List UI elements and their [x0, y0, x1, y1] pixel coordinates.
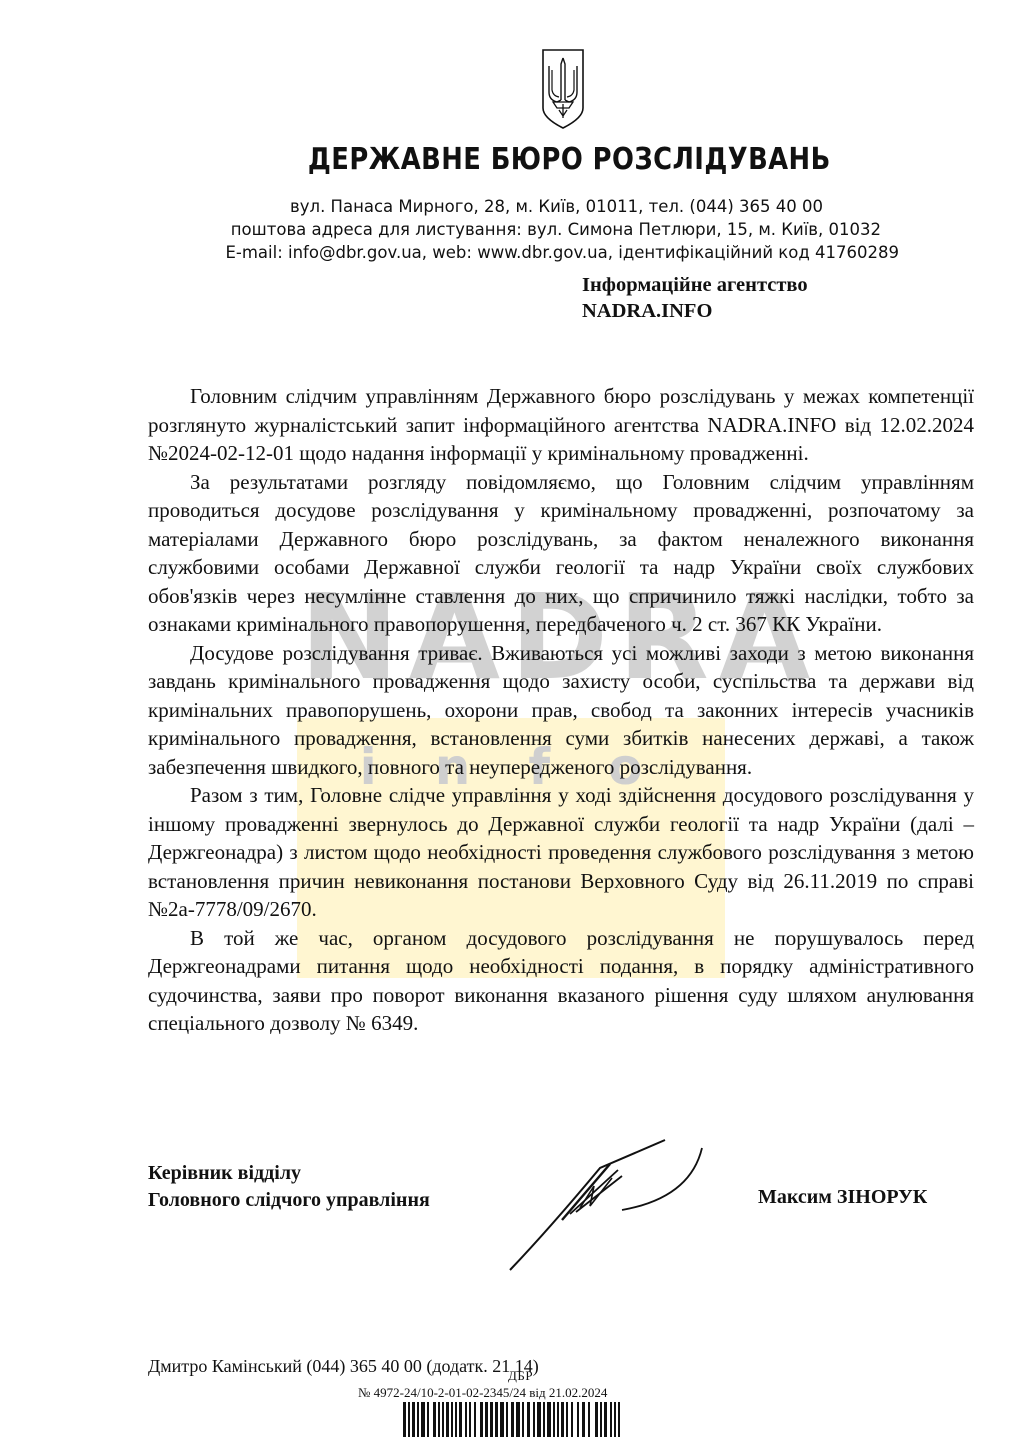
paragraph: В той же час, органом досудового розслід…	[148, 924, 974, 1038]
ukraine-emblem-icon	[541, 48, 585, 130]
executor-contact: Дмитро Камінський (044) 365 40 00 (додат…	[148, 1356, 539, 1377]
postal-address-line: поштова адреса для листування: вул. Симо…	[231, 220, 881, 239]
recipient-block: Інформаційне агентство NADRA.INFO	[582, 272, 808, 324]
position-line: Керівник відділу	[148, 1160, 430, 1187]
registration-stamp-label: ДБР	[508, 1368, 533, 1384]
paragraph: Досудове розслідування триває. Вживаютьс…	[148, 639, 974, 782]
paragraph: Разом з тим, Головне слідче управління у…	[148, 781, 974, 924]
paragraph: За результатами розгляду повідомляємо, щ…	[148, 468, 974, 639]
letter-body: Головним слідчим управлінням Державного …	[148, 382, 974, 1038]
recipient-line: Інформаційне агентство	[582, 272, 808, 298]
address-line: вул. Панаса Мирного, 28, м. Київ, 01011,…	[290, 197, 823, 216]
registration-number: № 4972-24/10-2-01-02-2345/24 від 21.02.2…	[358, 1385, 607, 1401]
recipient-name: NADRA.INFO	[582, 298, 808, 324]
paragraph: Головним слідчим управлінням Державного …	[148, 382, 974, 468]
position-line: Головного слідчого управління	[148, 1187, 430, 1214]
signatory-name: Максим ЗІНОРУК	[758, 1186, 927, 1209]
barcode	[403, 1402, 620, 1437]
organization-title: ДЕРЖАВНЕ БЮРО РОЗСЛІДУВАНЬ	[80, 142, 958, 177]
handwritten-signature	[490, 1128, 740, 1278]
signatory-position: Керівник відділу Головного слідчого упра…	[148, 1160, 430, 1214]
contact-line: E-mail: info@dbr.gov.ua, web: www.dbr.go…	[225, 243, 899, 262]
